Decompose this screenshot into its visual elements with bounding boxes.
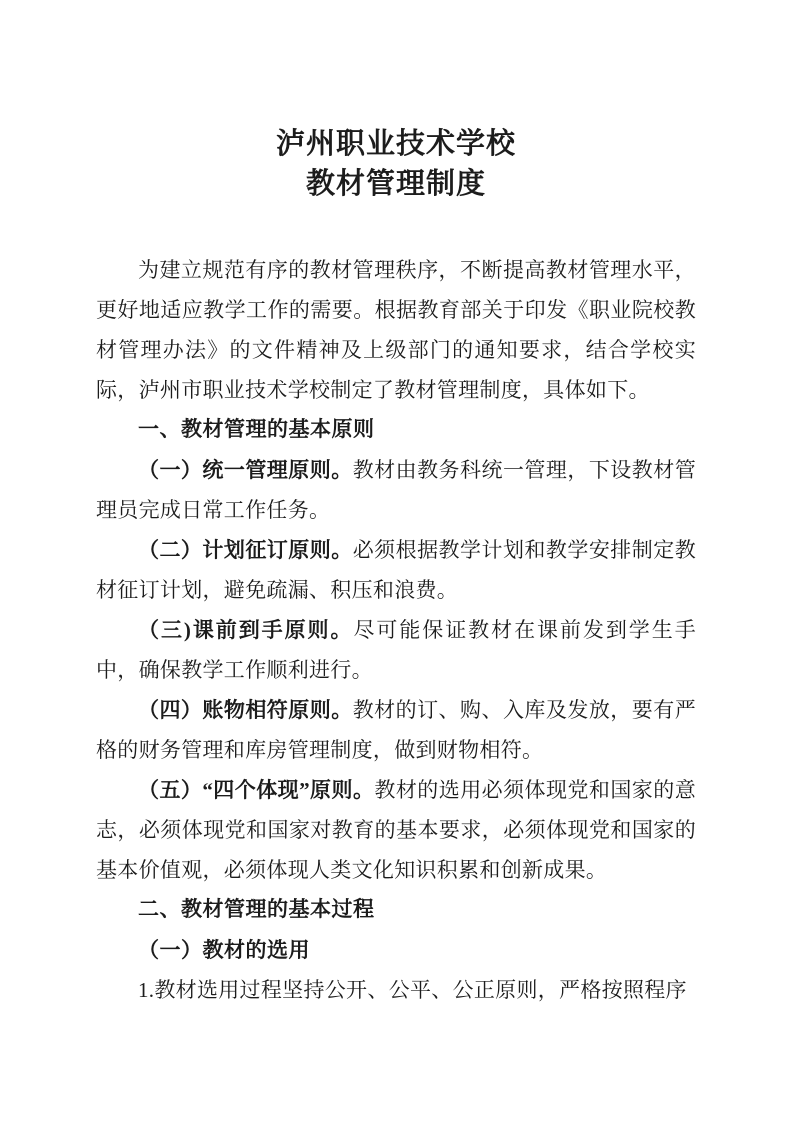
section-2-heading: 二、教材管理的基本过程: [96, 890, 696, 930]
intro-paragraph: 为建立规范有序的教材管理秩序，不断提高教材管理水平，更好地适应教学工作的需要。根…: [96, 250, 696, 410]
document-title-line2: 教材管理制度: [96, 164, 696, 204]
principle-item-5: （五）“四个体现”原则。教材的选用必须体现党和国家的意志，必须体现党和国家对教育…: [96, 770, 696, 890]
principle-item-1: （一）统一管理原则。教材由教务科统一管理，下设教材管理员完成日常工作任务。: [96, 450, 696, 530]
document-title: 泸州职业技术学校 教材管理制度: [96, 124, 696, 204]
principle-item-5-lead: （五）“四个体现”原则。: [138, 778, 374, 802]
section-2-subheading: （一）教材的选用: [96, 930, 696, 970]
principle-item-2: （二）计划征订原则。必须根据教学计划和教学安排制定教材征订计划，避免疏漏、积压和…: [96, 530, 696, 610]
principle-item-2-lead: （二）计划征订原则。: [138, 538, 353, 562]
principle-item-4-lead: （四）账物相符原则。: [138, 698, 353, 722]
principle-item-3-lead: （三)课前到手原则。: [138, 618, 353, 642]
principle-item-3: （三)课前到手原则。尽可能保证教材在课前发到学生手中，确保教学工作顺利进行。: [96, 610, 696, 690]
document-title-line1: 泸州职业技术学校: [96, 124, 696, 164]
section-1-heading: 一、教材管理的基本原则: [96, 410, 696, 450]
principle-item-1-lead: （一）统一管理原则。: [138, 458, 353, 482]
section-2-item-1: 1.教材选用过程坚持公开、公平、公正原则，严格按照程序: [96, 970, 696, 1010]
document-page: 泸州职业技术学校 教材管理制度 为建立规范有序的教材管理秩序，不断提高教材管理水…: [0, 0, 793, 1122]
principle-item-4: （四）账物相符原则。教材的订、购、入库及发放，要有严格的财务管理和库房管理制度，…: [96, 690, 696, 770]
